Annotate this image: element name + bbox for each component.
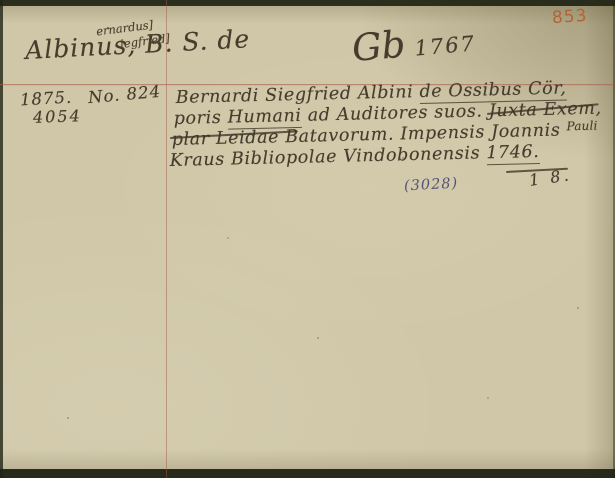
shelfmark-letters: Gb: [350, 23, 407, 70]
entry-text-struck: plar Leidae: [172, 127, 280, 150]
scan-edge-top: [0, 0, 615, 6]
scan-edge-left: [0, 0, 3, 478]
accession-number: No. 824: [87, 82, 161, 107]
catalog-card: 853 Albinus, B. S. de ernardus] iegfried…: [0, 0, 615, 478]
shelfmark-year: 1767: [414, 31, 477, 60]
column-rule: [166, 0, 167, 478]
scan-edge-bottom: [0, 469, 615, 478]
entry-text-small: Pauli: [566, 119, 597, 134]
entry-year-underlined: 1746.: [486, 142, 540, 165]
shelfmark: Gb1767: [350, 16, 477, 70]
entry-text-struck: Juxta Exem,: [489, 99, 602, 122]
accession-number-2: 4054: [33, 106, 82, 127]
reference-number: (3028): [404, 176, 459, 195]
entry-text: poris: [174, 108, 228, 129]
corner-page-number: 853: [551, 6, 588, 28]
